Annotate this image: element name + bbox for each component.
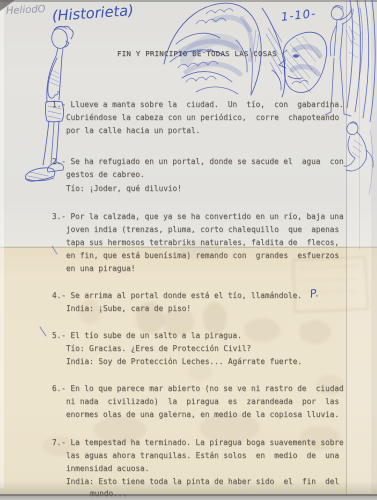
stray-pen-marks: [40, 246, 57, 336]
scanned-script-page: FIN Y PRINCIPIO DE TODAS LAS COSAS 1.- L…: [0, 0, 377, 500]
pen-sketch-layer: [0, 0, 377, 500]
crouching-figure-study-sketch: [344, 122, 373, 195]
standing-boy-sketch: [25, 26, 73, 181]
author-handwritten-note: HeliodO: [6, 4, 46, 17]
grotesque-face-study-sketch: [279, 32, 327, 93]
drapery-study-sketch: [347, 0, 375, 122]
standing-figure-study-sketch: [325, 5, 355, 116]
anatomy-torso-study-sketch: [164, 3, 285, 97]
